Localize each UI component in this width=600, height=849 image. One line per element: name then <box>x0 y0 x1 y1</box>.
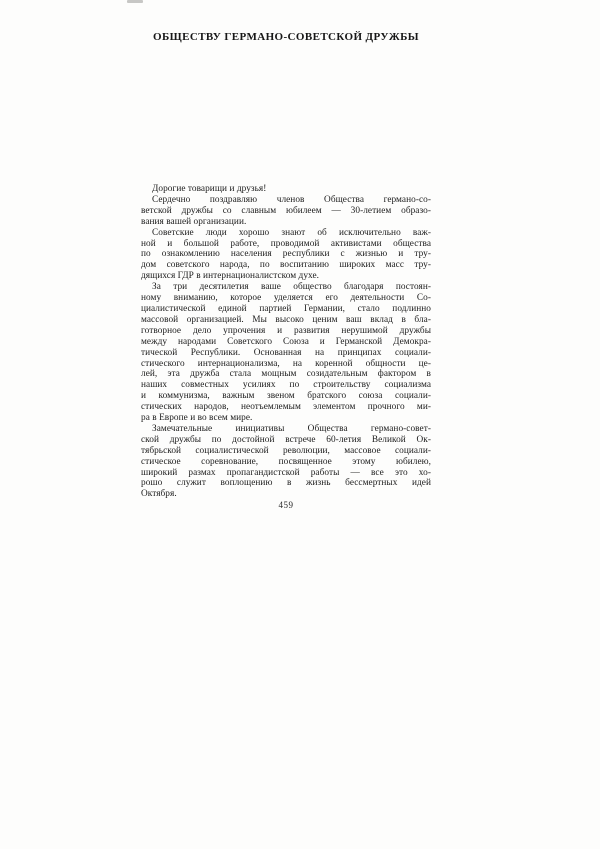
text-line: тябрьской социалистической революции, ма… <box>141 446 431 457</box>
text-line: Сердечно поздравляю членов Общества герм… <box>141 195 431 206</box>
text-line: между народами Советского Союза и Герман… <box>141 337 431 348</box>
text-line: Дорогие товарищи и друзья! <box>141 184 431 195</box>
text-line: вания вашей организации. <box>141 217 431 228</box>
text-line: массовой организацией. Мы высоко ценим в… <box>141 315 431 326</box>
text-line: дящихся ГДР в интернационалистском духе. <box>141 271 431 282</box>
text-line: лей, эта дружба стала мощным созидательн… <box>141 369 431 380</box>
text-line: рошо служит воплощению в жизнь бессмертн… <box>141 478 431 489</box>
text-line: готворное дело упрочения и развития неру… <box>141 326 431 337</box>
text-line: ной и большой работе, проводимой активис… <box>141 239 431 250</box>
text-line: За три десятилетия ваше общество благода… <box>141 282 431 293</box>
text-line: наших совместных усилиях по строительств… <box>141 380 431 391</box>
page-number: 459 <box>141 500 431 510</box>
text-line: Советские люди хорошо знают об исключите… <box>141 228 431 239</box>
text-line: тической Республики. Основанная на принц… <box>141 348 431 359</box>
text-line: ра в Европе и во всем мире. <box>141 413 431 424</box>
text-line: и коммунизма, важным звеном братского со… <box>141 391 431 402</box>
text-line: циалистической единой партией Германии, … <box>141 304 431 315</box>
text-line: дом советского народа, по воспитанию шир… <box>141 260 431 271</box>
text-line: ному вниманию, которое уделяется его дея… <box>141 293 431 304</box>
text-line: широкий размах пропагандистской работы —… <box>141 468 431 479</box>
text-line: Октября. <box>141 489 431 500</box>
text-line: по ознакомлению населения республики с ж… <box>141 249 431 260</box>
scan-artifact-mark <box>127 0 143 3</box>
text-line: ветской дружбы со славным юбилеем — 30-л… <box>141 206 431 217</box>
text-line: стических народов, неотъемлемым элементо… <box>141 402 431 413</box>
text-line: стического интернационализма, на коренно… <box>141 359 431 370</box>
page-title: ОБЩЕСТВУ ГЕРМАНО-СОВЕТСКОЙ ДРУЖБЫ <box>141 31 431 43</box>
letter-body: Дорогие товарищи и друзья!Сердечно поздр… <box>141 184 431 500</box>
text-line: стическое соревнование, посвященное этом… <box>141 457 431 468</box>
text-line: Замечательные инициативы Общества герман… <box>141 424 431 435</box>
book-page: ОБЩЕСТВУ ГЕРМАНО-СОВЕТСКОЙ ДРУЖБЫ Дороги… <box>0 0 600 849</box>
text-line: ской дружбы по достойной встрече 60-лети… <box>141 435 431 446</box>
